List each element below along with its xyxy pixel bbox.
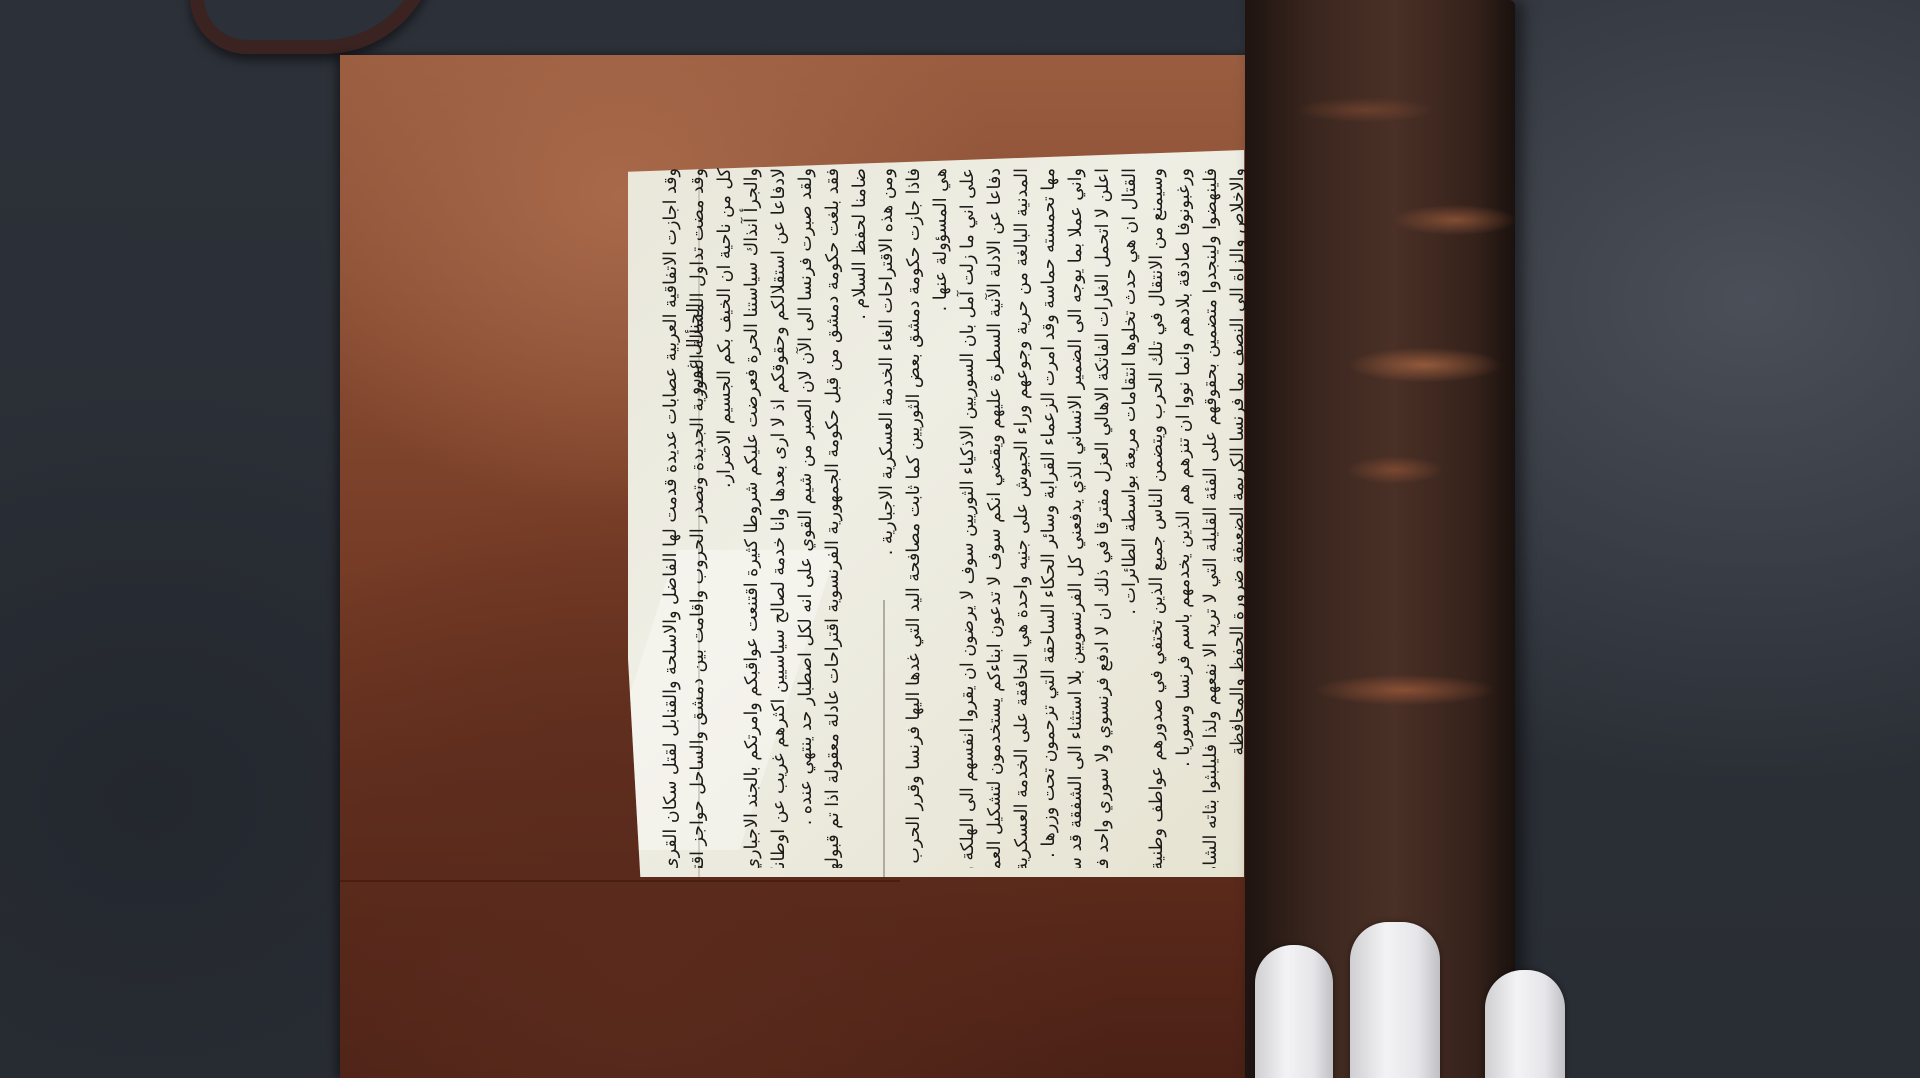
text-line: والجرأ آنذاك سياستنا الحرة فعرضت عليكم ش… (739, 168, 766, 868)
text-line: وقد اجازت الاتفاقية العربية عصابات عديدة… (658, 168, 685, 868)
text-line: دفاعا عن الادلة الآنية السطرة عليهم ويقض… (982, 168, 1009, 868)
rolled-leather-cylinder (1245, 0, 1515, 1078)
text-line: المدنية البالغة من حرية وجوعهم وراء الجي… (1009, 168, 1036, 868)
text-line: واني عملا بما يوجه الى الضمير الانساني ا… (1063, 168, 1090, 868)
leather-crease (340, 880, 900, 882)
text-line: ومن هذه الاقتراحات الغاء الخدمة العسكرية… (874, 168, 901, 868)
text-line: على اني ما زلت آمل بان السوريين الاذكياء… (955, 168, 982, 868)
proclamation-text: وقد اجازت الاتفاقية العربية عصابات عديدة… (658, 168, 1218, 868)
text-line: ولقد صبرت فرنسا الى الآن لان الصبر من شي… (793, 168, 820, 868)
text-line: فلينهضوا ولينجدوا متضمين بحقوقهم على الف… (1198, 168, 1225, 868)
text-line: ورغبونوفا صادقة بلادهم وانما نووا ان تنز… (1171, 168, 1198, 868)
text-line: القتال ان هي حدث تخلوها انتقامات مريعة ب… (1117, 168, 1144, 868)
text-line: فقد بلغت حكومة دمشق من قبل حكومة الجمهور… (820, 168, 847, 868)
text-line: اعلن لا اتحمل الغارات الفاتكة الاهالي ال… (1090, 168, 1117, 868)
text-line: وقد مضت تداول المسألة السورية الجديدة وت… (685, 168, 712, 868)
gloved-finger (1485, 970, 1565, 1078)
text-line: كل من ناحية ان الخيف بكم الجسيم الاضرار. (712, 168, 739, 868)
gloved-finger (1255, 945, 1333, 1078)
text-line: وسيمنع من الانتقال في تلك الحرب ويتضمن ا… (1144, 168, 1171, 868)
signature: الجنرال غورو (684, 303, 704, 395)
gloved-finger (1350, 922, 1440, 1078)
text-line: هي المسؤولة عنها . (928, 168, 955, 868)
text-line: لادفاعا عن استقلالكم وحقوقكم اذ لا ارى ب… (766, 168, 793, 868)
text-line: مها تحمسته حماسة وقد امرت الزعماء القراب… (1036, 168, 1063, 868)
text-line: فاذا جازت حكومة دمشق بعض الثوريين كما ثا… (901, 168, 928, 868)
text-line: ضامنا لحفظ السلام . (847, 168, 874, 868)
